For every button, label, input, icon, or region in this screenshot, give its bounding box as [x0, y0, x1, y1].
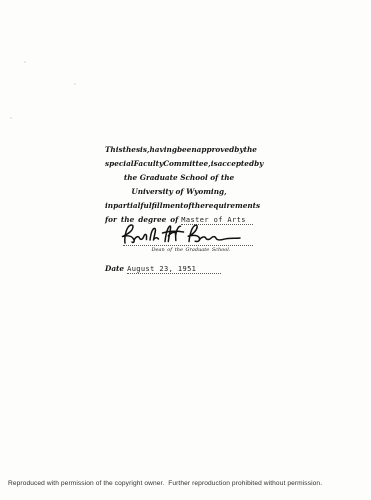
approval-line-3: the Graduate School of the — [105, 171, 253, 185]
approval-line-5: inpartialfulfillmentoftherequirements — [105, 199, 253, 213]
scan-speck — [74, 83, 76, 85]
date-label: Date — [105, 262, 124, 276]
approval-line-1: Thisthesis,havingbeenapprovedbythe — [105, 143, 253, 157]
signature-area — [105, 227, 253, 247]
date-line: Date August 23, 1951 — [105, 262, 253, 275]
date-value: August 23, 1951 — [127, 265, 196, 273]
scan-speck — [24, 61, 26, 63]
date-field: August 23, 1951 — [127, 262, 221, 274]
signature-line — [123, 245, 253, 246]
copyright-notice: Reproduced with permission of the copyri… — [8, 480, 322, 487]
scanned-thesis-approval-page: Thisthesis,havingbeenapprovedbythe speci… — [0, 0, 371, 500]
approval-line-2: specialFacultyCommittee,isacceptedby — [105, 157, 253, 171]
dean-signature-icon — [119, 223, 245, 247]
signature-caption: Dean of the Graduate School. — [143, 247, 239, 254]
approval-line-4: University of Wyoming, — [105, 185, 253, 199]
approval-statement: Thisthesis,havingbeenapprovedbythe speci… — [105, 143, 253, 275]
scan-speck — [10, 117, 12, 119]
